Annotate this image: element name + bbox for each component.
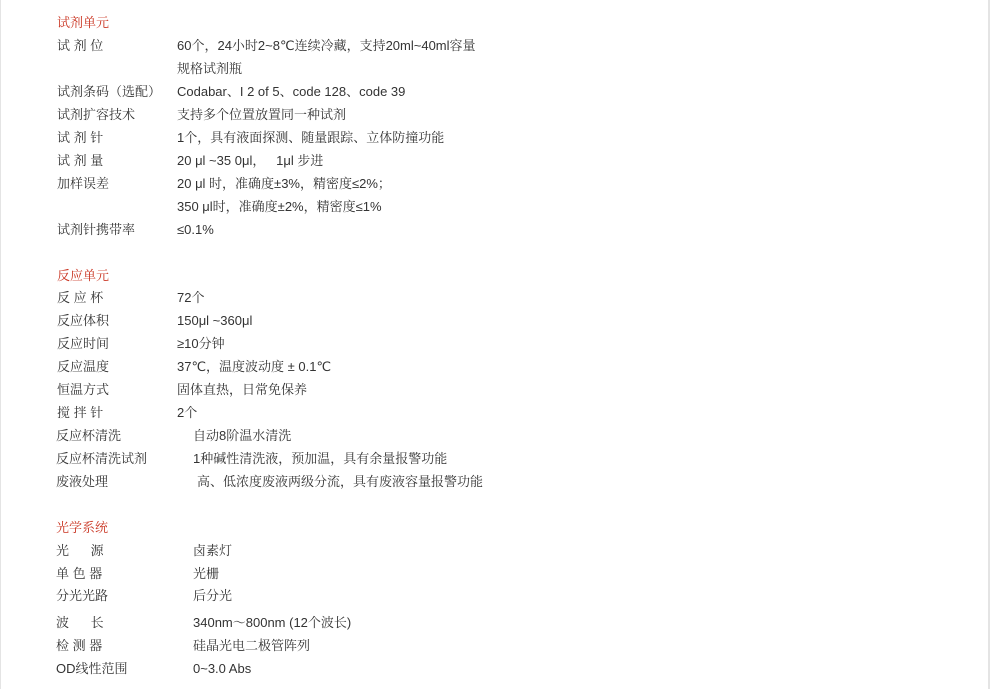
spec-value: 1种碱性清洗液，预加温，具有余量报警功能 xyxy=(193,449,447,469)
spec-row: 试 剂 位 60个，24小时2~8℃连续冷藏，支持20ml~40ml容量 xyxy=(0,36,990,56)
spec-row: 单 色 器 光栅 xyxy=(0,564,990,584)
section-title-reagent-unit: 试剂单元 xyxy=(57,13,109,33)
spec-value: 固体直热，日常免保养 xyxy=(177,380,307,400)
spec-label: 恒温方式 xyxy=(57,380,109,400)
spec-label: 反应体积 xyxy=(57,311,109,331)
spec-value: Codabar、I 2 of 5、code 128、code 39 xyxy=(177,82,405,102)
spec-label: 试剂条码（选配） xyxy=(57,82,161,102)
spec-label: 单 色 器 xyxy=(56,564,102,584)
spec-value: ≥10分钟 xyxy=(177,334,225,354)
spec-value: 72个 xyxy=(177,288,204,308)
spec-row: 试剂针携带率 ≤0.1% xyxy=(0,220,990,240)
spec-row: 试 剂 针 1个，具有液面探测、随量跟踪、立体防撞功能 xyxy=(0,128,990,148)
spec-row: 恒温方式 固体直热，日常免保养 xyxy=(0,380,990,400)
spec-value: 20 μl 时，准确度±3%，精密度≤2%； xyxy=(177,174,391,194)
spec-row: 试 剂 量 20 μl ~35 0μl， 1μl 步进 xyxy=(0,151,990,171)
spec-row: 规格试剂瓶 xyxy=(0,59,990,79)
spec-row: OD线性范围 0~3.0 Abs xyxy=(0,659,990,679)
spec-value: 350 μl时，准确度±2%，精密度≤1% xyxy=(177,197,382,217)
spec-row: 波 长 340nm～800nm (12个波长) xyxy=(0,613,990,633)
spec-row: 试剂条码（选配） Codabar、I 2 of 5、code 128、code … xyxy=(0,82,990,102)
spec-label: 反应杯清洗试剂 xyxy=(56,449,147,469)
spec-row: 反应温度 37℃，温度波动度 ± 0.1℃ xyxy=(0,357,990,377)
spec-value: 自动8阶温水清洗 xyxy=(193,426,291,446)
spec-row: 分光光路 后分光 xyxy=(0,586,990,606)
spec-value: 37℃，温度波动度 ± 0.1℃ xyxy=(177,357,331,377)
spec-label: 试 剂 位 xyxy=(57,36,103,56)
spec-value: 340nm～800nm (12个波长) xyxy=(193,613,351,633)
spec-label: 试 剂 量 xyxy=(57,151,103,171)
spec-label: 试剂扩容技术 xyxy=(57,105,135,125)
spec-label: 搅 拌 针 xyxy=(57,403,103,423)
spec-label: 废液处理 xyxy=(56,472,108,492)
spec-label: 反 应 杯 xyxy=(57,288,103,308)
spec-value: 1个，具有液面探测、随量跟踪、立体防撞功能 xyxy=(177,128,444,148)
spec-label: 反应时间 xyxy=(57,334,109,354)
spec-value: 后分光 xyxy=(193,586,232,606)
spec-row: 搅 拌 针 2个 xyxy=(0,403,990,423)
spec-row: 试剂扩容技术 支持多个位置放置同一种试剂 xyxy=(0,105,990,125)
spec-value: 支持多个位置放置同一种试剂 xyxy=(177,105,346,125)
spec-row: 反应时间 ≥10分钟 xyxy=(0,334,990,354)
section-title-reaction-unit: 反应单元 xyxy=(57,266,109,286)
spec-label: 波 长 xyxy=(56,613,104,633)
spec-label: 反应杯清洗 xyxy=(56,426,121,446)
spec-value: 规格试剂瓶 xyxy=(177,59,242,79)
spec-value: 硅晶光电二极管阵列 xyxy=(193,636,310,656)
spec-value: 卤素灯 xyxy=(193,541,232,561)
spec-row: 光 源 卤素灯 xyxy=(0,541,990,561)
spec-row: 反 应 杯 72个 xyxy=(0,288,990,308)
spec-label: 试 剂 针 xyxy=(57,128,103,148)
spec-label: 光 源 xyxy=(56,541,104,561)
spec-value: 高、低浓度废液两级分流，具有废液容量报警功能 xyxy=(197,472,483,492)
spec-value: 20 μl ~35 0μl， 1μl 步进 xyxy=(177,151,323,171)
spec-row: 反应杯清洗 自动8阶温水清洗 xyxy=(0,426,990,446)
spec-value: 2个 xyxy=(177,403,197,423)
spec-row: 反应体积 150μl ~360μl xyxy=(0,311,990,331)
spec-row: 加样误差 20 μl 时，准确度±3%，精密度≤2%； xyxy=(0,174,990,194)
spec-label: 检 测 器 xyxy=(56,636,102,656)
spec-label: 分光光路 xyxy=(56,586,108,606)
spec-value: 150μl ~360μl xyxy=(177,311,252,331)
spec-label: OD线性范围 xyxy=(56,659,128,679)
section-title-optical-system: 光学系统 xyxy=(56,518,108,538)
spec-row: 检 测 器 硅晶光电二极管阵列 xyxy=(0,636,990,656)
spec-label: 加样误差 xyxy=(57,174,109,194)
spec-value: ≤0.1% xyxy=(177,220,214,240)
spec-row: 350 μl时，准确度±2%，精密度≤1% xyxy=(0,197,990,217)
spec-value: 光栅 xyxy=(193,564,219,584)
spec-label: 反应温度 xyxy=(57,357,109,377)
spec-value: 0~3.0 Abs xyxy=(193,659,251,679)
spec-document: 试剂单元 试 剂 位 60个，24小时2~8℃连续冷藏，支持20ml~40ml容… xyxy=(0,0,990,689)
spec-value: 60个，24小时2~8℃连续冷藏，支持20ml~40ml容量 xyxy=(177,36,476,56)
spec-label: 试剂针携带率 xyxy=(57,220,135,240)
spec-row: 废液处理 高、低浓度废液两级分流，具有废液容量报警功能 xyxy=(0,472,990,492)
spec-row: 反应杯清洗试剂 1种碱性清洗液，预加温，具有余量报警功能 xyxy=(0,449,990,469)
